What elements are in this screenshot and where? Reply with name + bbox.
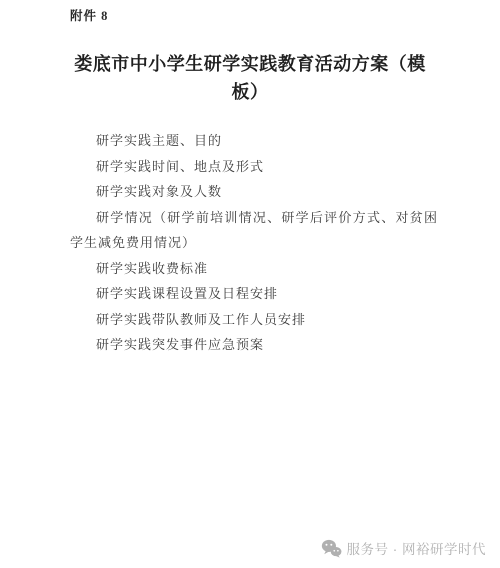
outline-item: 研学实践收费标准	[70, 256, 438, 282]
outline-item: 研学实践课程设置及日程安排	[70, 281, 438, 307]
outline-item: 研学实践带队教师及工作人员安排	[70, 307, 438, 333]
document-title: 娄底市中小学生研学实践教育活动方案（模板）	[72, 50, 428, 106]
outline-item: 研学情况（研学前培训情况、研学后评价方式、对贫困学生减免费用情况）	[70, 205, 438, 256]
wechat-account-badge: 服务号 · 网裕研学时代	[321, 538, 487, 558]
outline-item-list: 研学实践主题、目的 研学实践时间、地点及形式 研学实践对象及人数 研学情况（研学…	[0, 128, 438, 358]
outline-item: 研学实践时间、地点及形式	[70, 154, 438, 180]
outline-item: 研学实践主题、目的	[70, 128, 438, 154]
attachment-label: 附件 8	[0, 0, 500, 24]
outline-item: 研学实践对象及人数	[70, 179, 438, 205]
wechat-account-label: 服务号 · 网裕研学时代	[347, 538, 487, 558]
document-page: 附件 8 娄底市中小学生研学实践教育活动方案（模板） 研学实践主题、目的 研学实…	[0, 0, 500, 568]
wechat-icon	[321, 539, 342, 558]
outline-item: 研学实践突发事件应急预案	[70, 332, 438, 358]
